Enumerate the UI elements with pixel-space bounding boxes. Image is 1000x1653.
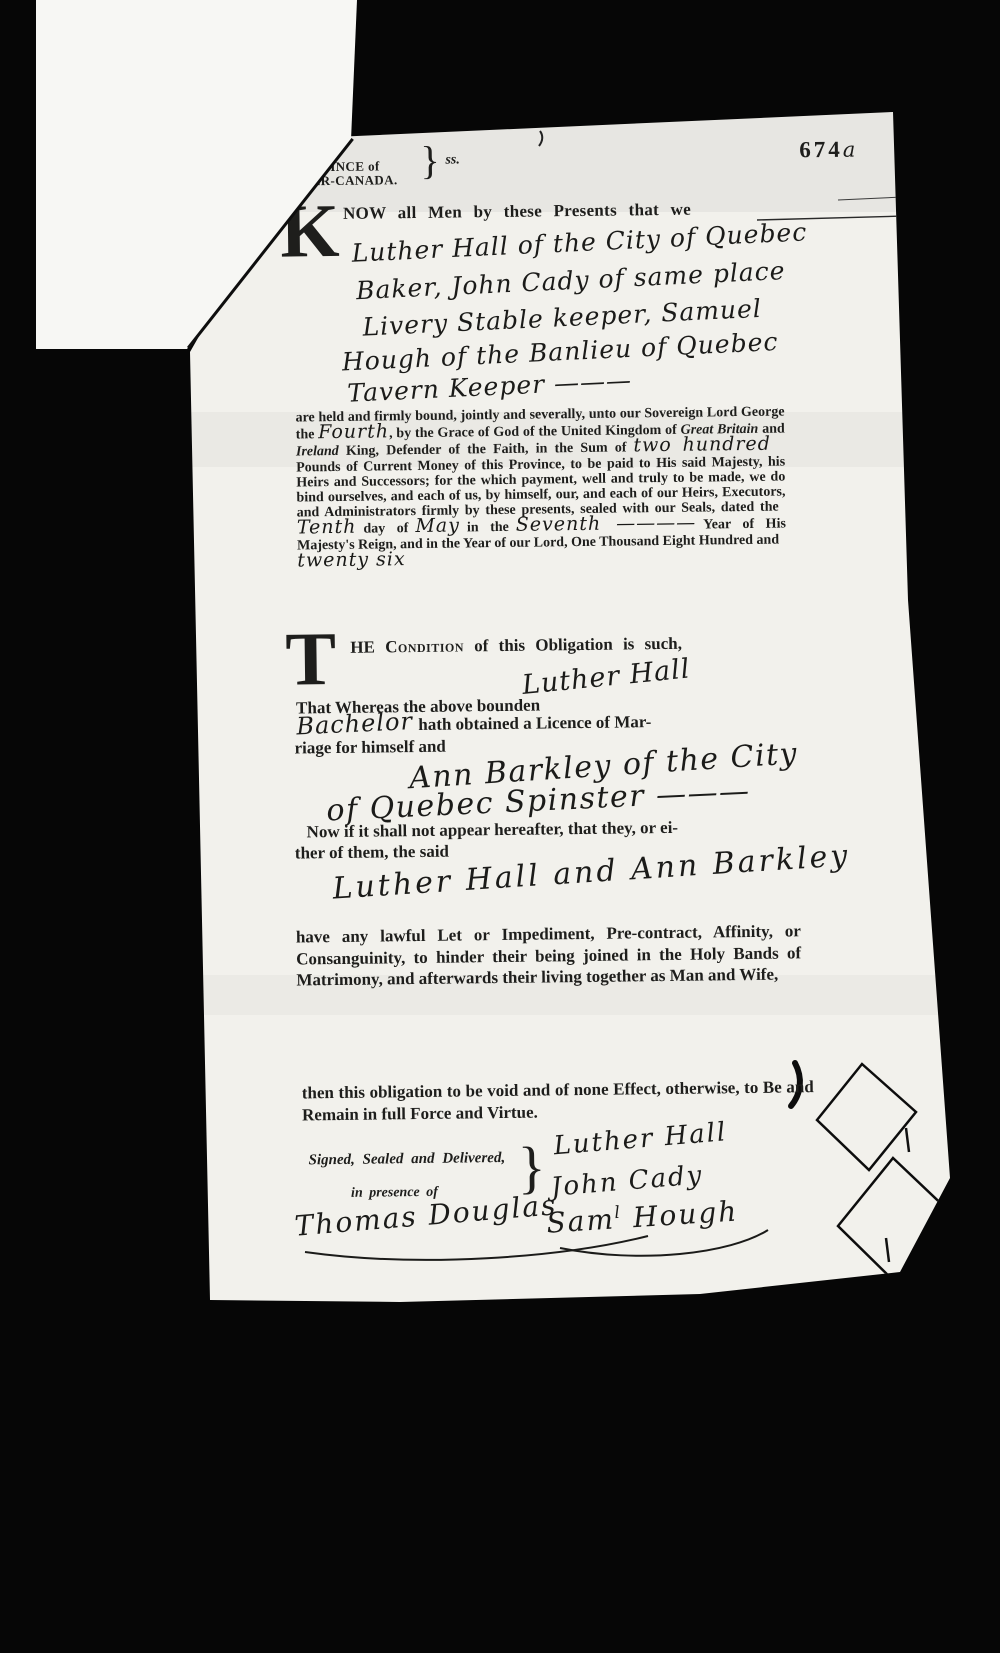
condition-heading-post: of this Obligation is such, — [464, 634, 682, 656]
closing-paragraph: then this obligation to be void and of n… — [302, 1076, 814, 1125]
signature-bondsman1: John Cady — [550, 1160, 705, 1202]
obligation-text: day of — [356, 521, 415, 537]
jurat-ss: ss. — [445, 152, 460, 168]
dropcap-t: T — [285, 630, 336, 690]
hw-day: Tenth — [297, 516, 357, 539]
obligation-text: in the — [460, 520, 516, 536]
condition-line4: Now if it shall not appear hereafter, th… — [306, 818, 678, 843]
signature-groom: Luther Hall — [552, 1117, 728, 1161]
condition-paragraph: have any lawful Let or Impediment, Pre-c… — [296, 920, 802, 991]
hw-sum: two hundred — [633, 433, 771, 457]
condition-line3: riage for himself and — [294, 737, 445, 759]
microfilm-scan: VINCE of ER-CANADA. } ss. 674a K NOW all… — [0, 0, 1000, 1653]
hw-groom-name: Luther Hall — [521, 653, 692, 701]
archive-number: 674a — [799, 137, 856, 164]
hw-month: May — [415, 515, 460, 538]
condition-line2: hath obtained a Licence of Mar- — [418, 712, 651, 735]
condition-heading-smallcaps: Condition — [385, 636, 464, 656]
signature-bondsman2-pre: Sam — [545, 1202, 615, 1239]
hw-sovereign: Fourth — [318, 421, 389, 444]
opening-line: NOW all Men by these Presents that we — [343, 200, 691, 224]
attestation-line1: Signed, Sealed and Delivered, — [309, 1150, 506, 1169]
header-brace: } — [420, 137, 440, 184]
condition-heading-pre: HE — [350, 637, 385, 656]
signature-bondsman2: Saml Hough — [545, 1194, 739, 1240]
condition-line5: ther of them, the said — [295, 842, 449, 864]
obligation-paragraph: are held and firmly bound, jointly and s… — [295, 405, 786, 571]
archive-number-digits: 674 — [799, 137, 843, 163]
hw-year-words: twenty six — [297, 548, 406, 571]
ireland-italic: Ireland — [296, 444, 339, 460]
condition-heading: HE Condition of this Obligation is such, — [350, 634, 682, 658]
signature-bondsman2-post: Hough — [621, 1194, 739, 1234]
hw-groom-status: Bachelor — [296, 707, 414, 740]
archive-number-suffix: a — [843, 138, 857, 162]
